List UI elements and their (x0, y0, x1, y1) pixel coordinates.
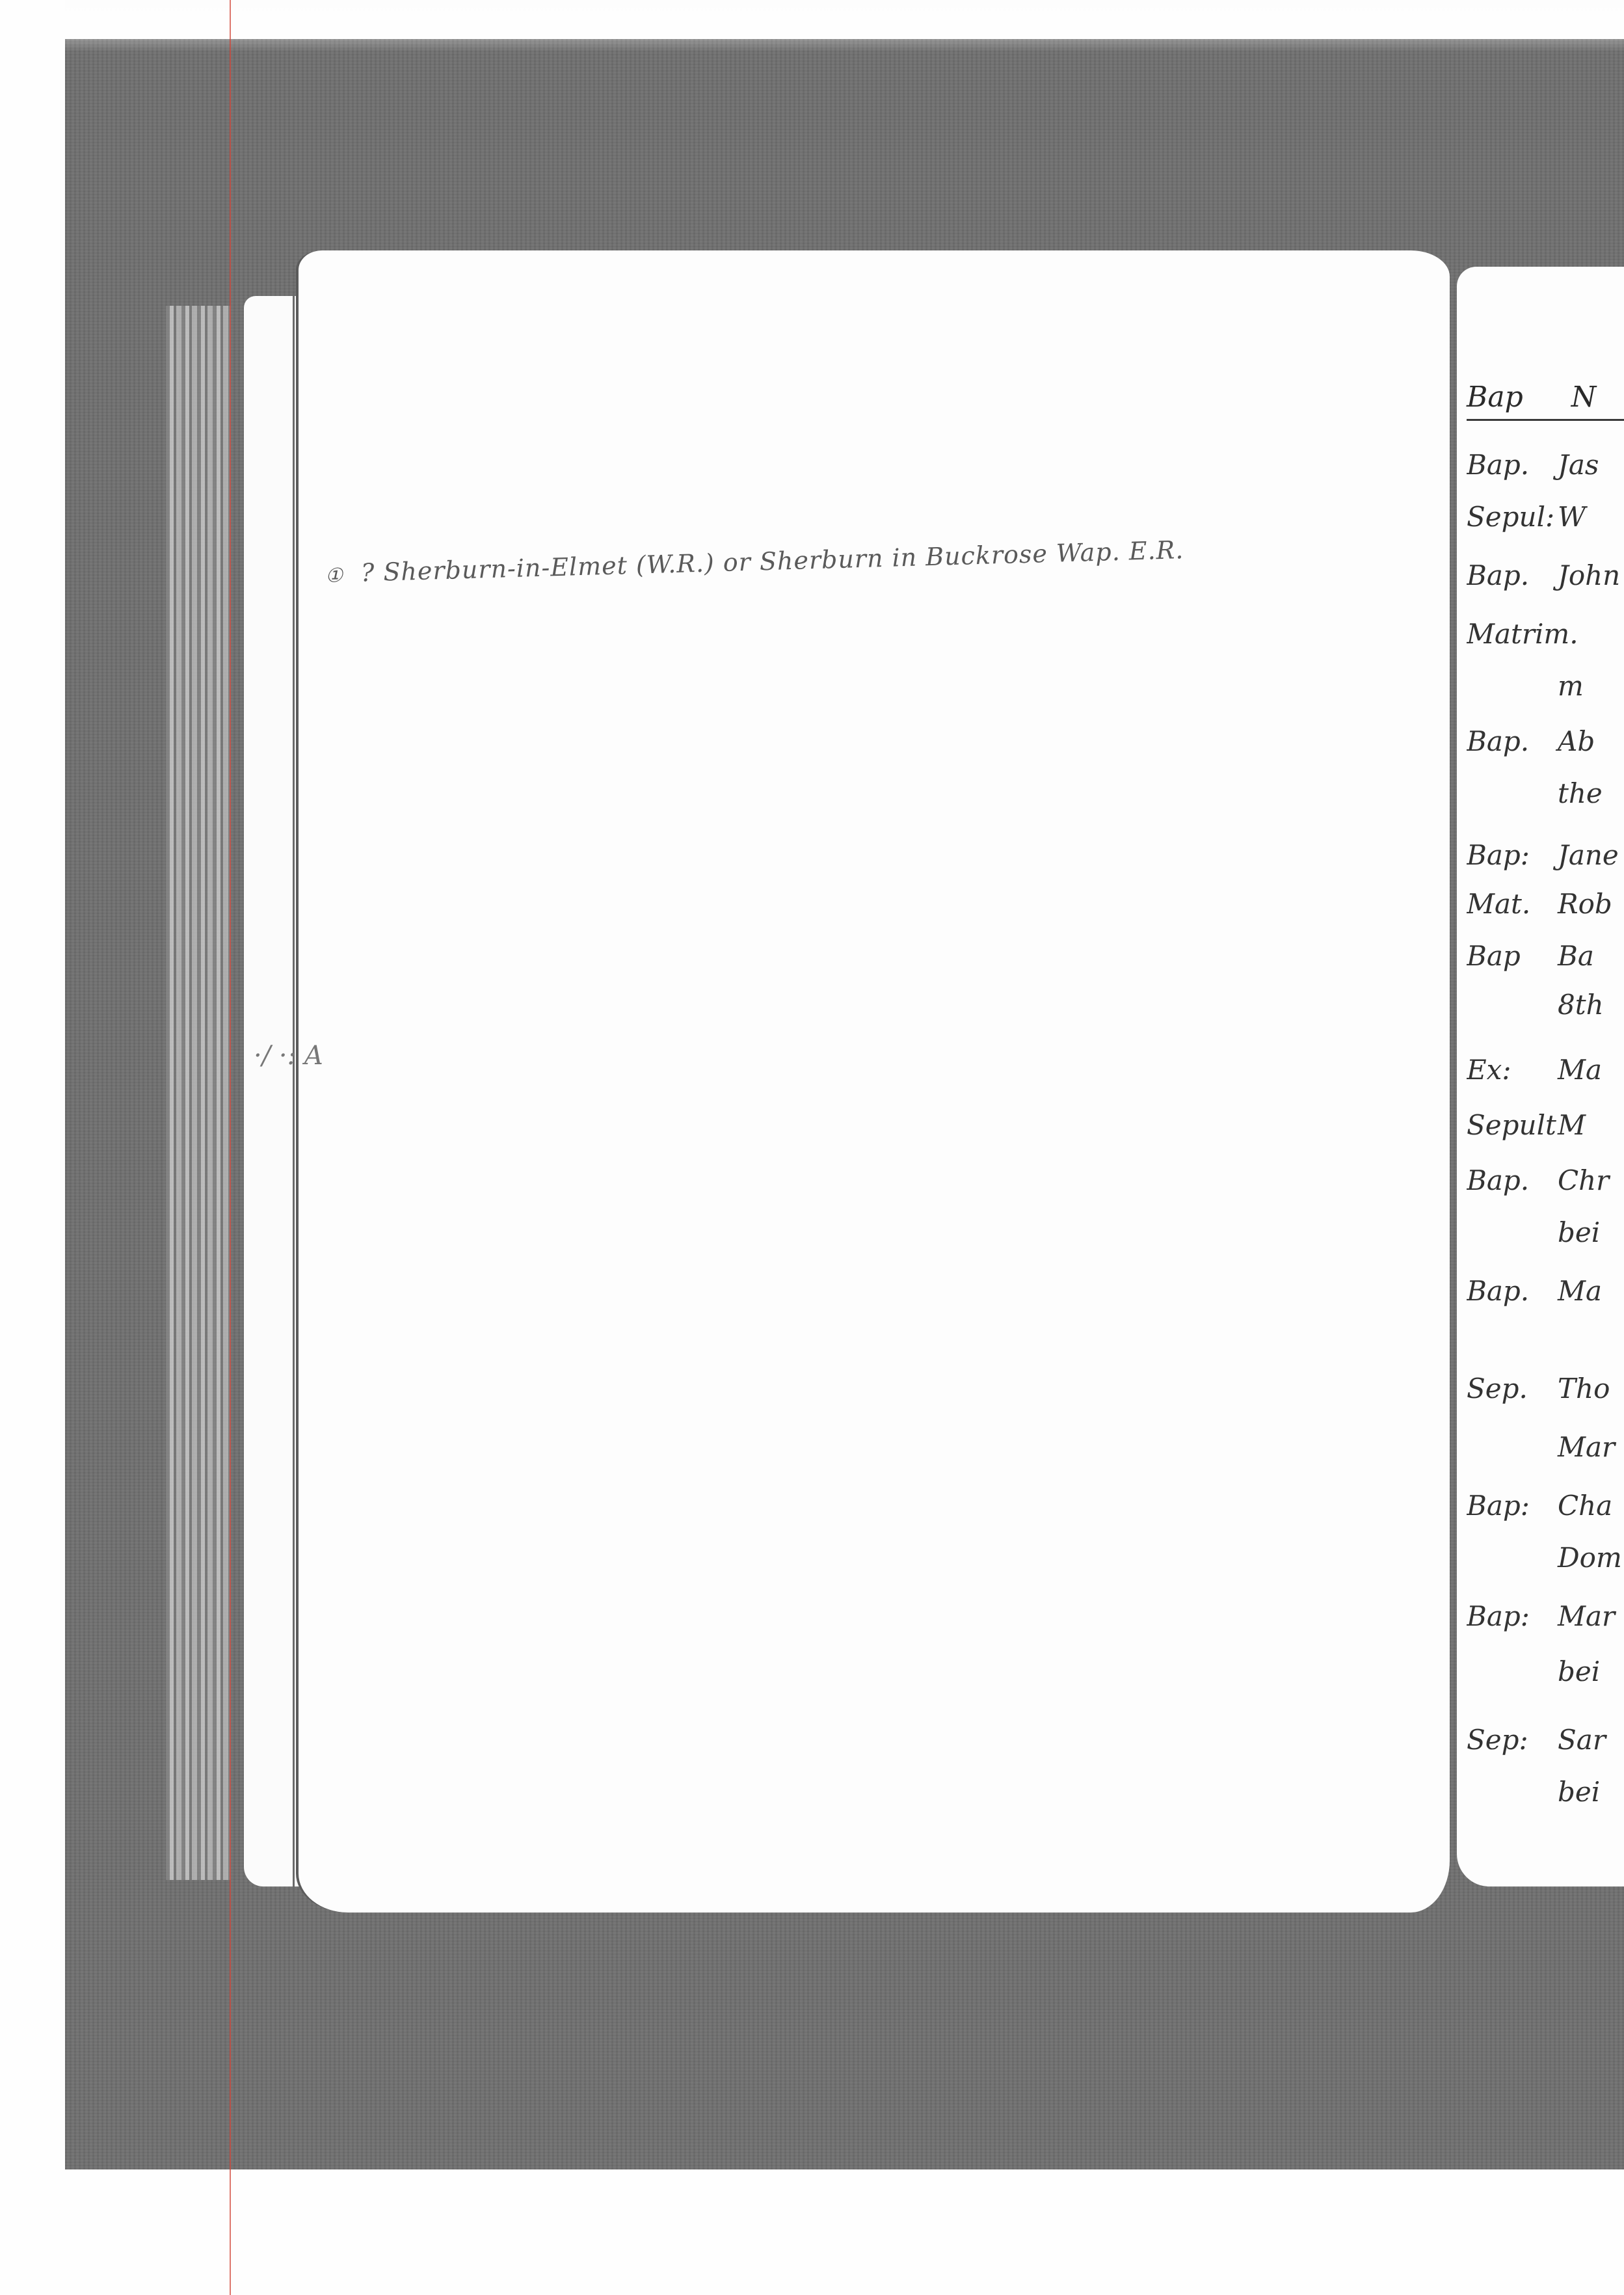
register-entry: Sep.Tho (1467, 1373, 1624, 1404)
register-entry: Matrim. (1467, 618, 1624, 650)
entry-name: Sar (1558, 1724, 1606, 1756)
main-blank-page (296, 250, 1450, 1912)
left-white-margin (0, 0, 65, 2295)
register-entry: bei (1467, 1216, 1624, 1248)
top-fade (65, 0, 1624, 52)
register-entry: Mar (1467, 1431, 1624, 1463)
register-entry: 8th (1467, 989, 1624, 1021)
entry-type: Bap: (1467, 1490, 1558, 1522)
register-entry: BapBa (1467, 940, 1624, 972)
register-entry: Bap:Jane (1467, 839, 1624, 871)
entry-name: Cha (1558, 1490, 1612, 1522)
entry-type: Mat. (1467, 888, 1558, 920)
entry-name: bei (1558, 1216, 1600, 1248)
register-entry: Bap:Mar (1467, 1600, 1624, 1632)
entry-name: Tho (1558, 1373, 1610, 1404)
entry-type: Bap. (1467, 1275, 1558, 1307)
register-header: Bap N (1467, 381, 1624, 421)
register-entry: Bap:Cha (1467, 1490, 1624, 1522)
header-col-type: Bap (1467, 381, 1523, 414)
entry-type: Sep: (1467, 1724, 1558, 1756)
entry-type: Bap: (1467, 1600, 1558, 1632)
register-entry: Bap.Jas (1467, 449, 1624, 481)
register-entry: Ex:Ma (1467, 1054, 1624, 1086)
entry-name: Rob (1558, 888, 1612, 920)
book-page-edges (166, 306, 231, 1880)
register-entry: Sep:Sar (1467, 1724, 1624, 1756)
bottom-white-margin (0, 2169, 1624, 2295)
gutter-line (293, 293, 295, 1893)
entry-name: Ma (1558, 1054, 1602, 1086)
entry-name: Jane (1558, 839, 1619, 871)
header-col-name: N (1571, 381, 1597, 414)
entry-type: Bap: (1467, 839, 1558, 871)
register-entry: Sepul:W (1467, 501, 1624, 533)
stray-marks: ·/ ·: A (254, 1041, 323, 1071)
entry-type: Sep. (1467, 1373, 1558, 1404)
register-entry: m (1467, 670, 1624, 702)
entry-type: Bap. (1467, 1164, 1558, 1196)
entry-name: Jas (1558, 449, 1599, 481)
entry-type: Ex: (1467, 1054, 1558, 1086)
entry-type: Sepul: (1467, 501, 1558, 533)
entry-name: John (1558, 559, 1620, 591)
register-entry: Bap.Ab (1467, 725, 1624, 757)
entry-type: Sepult (1467, 1109, 1558, 1141)
entry-name: Mar (1558, 1431, 1615, 1463)
register-entry: Dom (1467, 1542, 1624, 1574)
entry-name: Mar (1558, 1600, 1615, 1632)
register-entry: Bap.John (1467, 559, 1624, 591)
register-entry: bei (1467, 1776, 1624, 1808)
entry-type: Bap (1467, 940, 1558, 972)
footnote-marker: ① (325, 564, 344, 587)
register-entry: SepultM (1467, 1109, 1624, 1141)
entry-name: the (1558, 777, 1603, 809)
register-entry: the (1467, 777, 1624, 809)
entry-type: Bap. (1467, 725, 1558, 757)
entry-name: Dom (1558, 1542, 1622, 1574)
entry-type: Matrim. (1467, 618, 1558, 650)
register-entry: Bap.Chr (1467, 1164, 1624, 1196)
entry-name: Ab (1558, 725, 1595, 757)
entry-name: 8th (1558, 989, 1604, 1021)
entry-name: W (1558, 501, 1586, 533)
entry-name: Chr (1558, 1164, 1609, 1196)
red-margin-line (230, 0, 231, 2295)
register-entry: Mat.Rob (1467, 888, 1624, 920)
register-entry: Bap.Ma (1467, 1275, 1624, 1307)
entry-name: bei (1558, 1656, 1600, 1687)
entry-name: m (1558, 670, 1584, 702)
entry-type: Bap. (1467, 559, 1558, 591)
entry-name: bei (1558, 1776, 1600, 1808)
entry-type: Bap. (1467, 449, 1558, 481)
entry-name: Ba (1558, 940, 1594, 972)
register-entry: bei (1467, 1656, 1624, 1687)
entry-name: M (1558, 1109, 1586, 1141)
entry-name: Ma (1558, 1275, 1602, 1307)
